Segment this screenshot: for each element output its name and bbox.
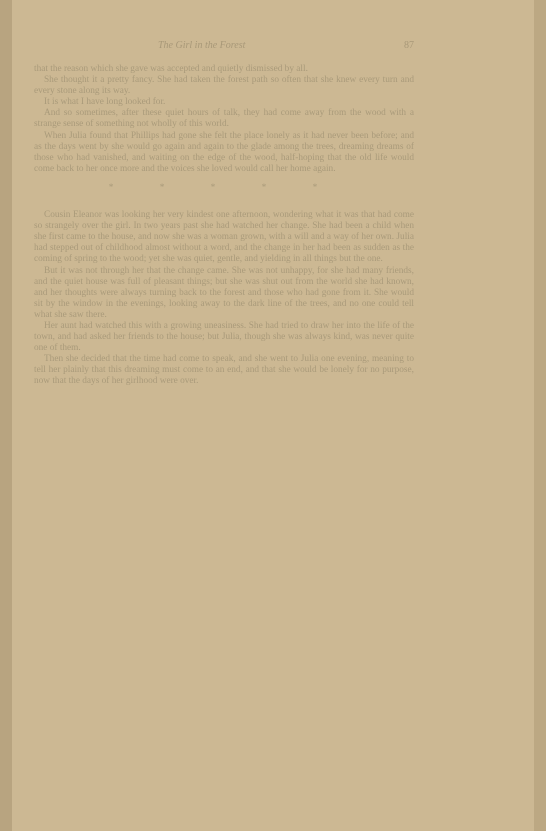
paragraph: that the reason which she gave was accep… [34,64,414,75]
paragraph: Cousin Eleanor was looking her very kind… [34,210,414,265]
section-separator: * * * * * [34,183,414,194]
paragraph: And so sometimes, after these quiet hour… [34,108,414,130]
running-title: The Girl in the Forest [158,40,245,51]
book-gutter [0,0,12,831]
page-number: 87 [404,40,414,51]
page-edge [534,0,546,831]
paragraph: Then she decided that the time had come … [34,354,414,387]
paragraph: She thought it a pretty fancy. She had t… [34,75,414,97]
paragraph: It is what I have long looked for. [34,97,414,108]
paragraph: Her aunt had watched this with a growing… [34,321,414,354]
running-header: The Girl in the Forest 87 [40,40,414,56]
page-body: that the reason which she gave was accep… [34,64,414,388]
paragraph: When Julia found that Phillips had gone … [34,131,414,175]
paragraph: But it was not through her that the chan… [34,266,414,321]
